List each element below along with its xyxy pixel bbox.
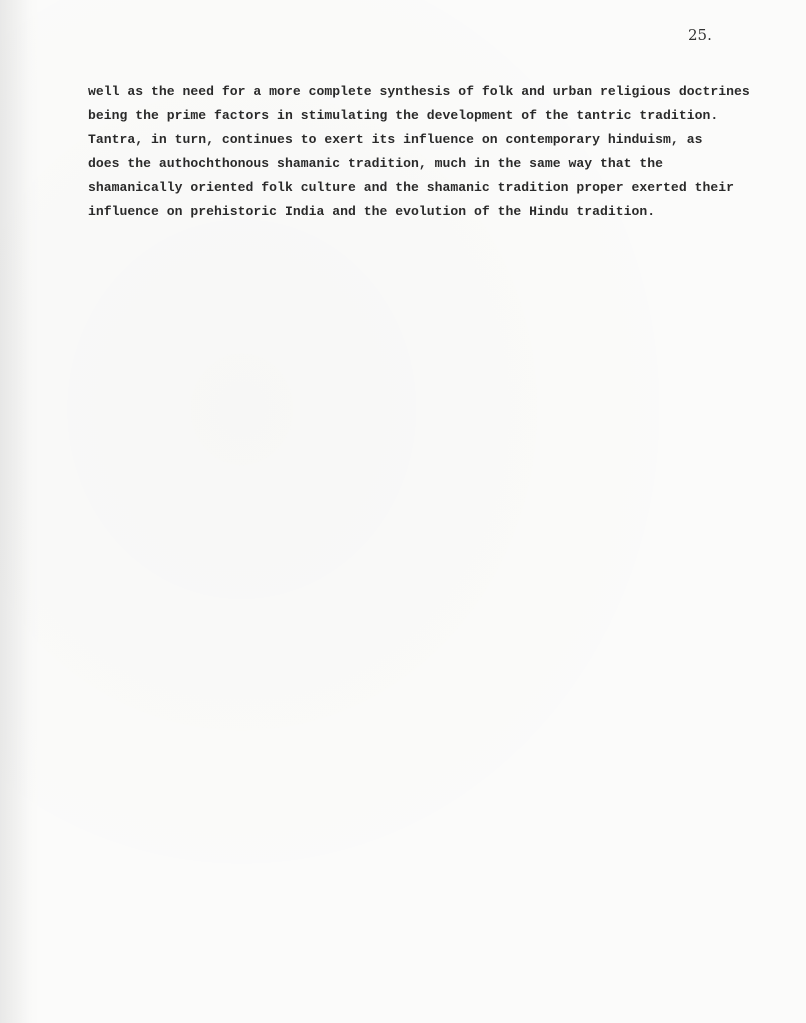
- text-line: does the authochthonous shamanic traditi…: [88, 152, 788, 176]
- text-line: influence on prehistoric India and the e…: [88, 200, 788, 224]
- text-line: well as the need for a more complete syn…: [88, 80, 788, 104]
- body-paragraph: well as the need for a more complete syn…: [88, 80, 788, 224]
- text-line: Tantra, in turn, continues to exert its …: [88, 128, 788, 152]
- text-line: shamanically oriented folk culture and t…: [88, 176, 788, 200]
- text-line: being the prime factors in stimulating t…: [88, 104, 788, 128]
- page-number: 25.: [688, 26, 712, 44]
- scan-edge-shadow: [0, 0, 30, 1023]
- document-page: 25. well as the need for a more complete…: [0, 0, 806, 1023]
